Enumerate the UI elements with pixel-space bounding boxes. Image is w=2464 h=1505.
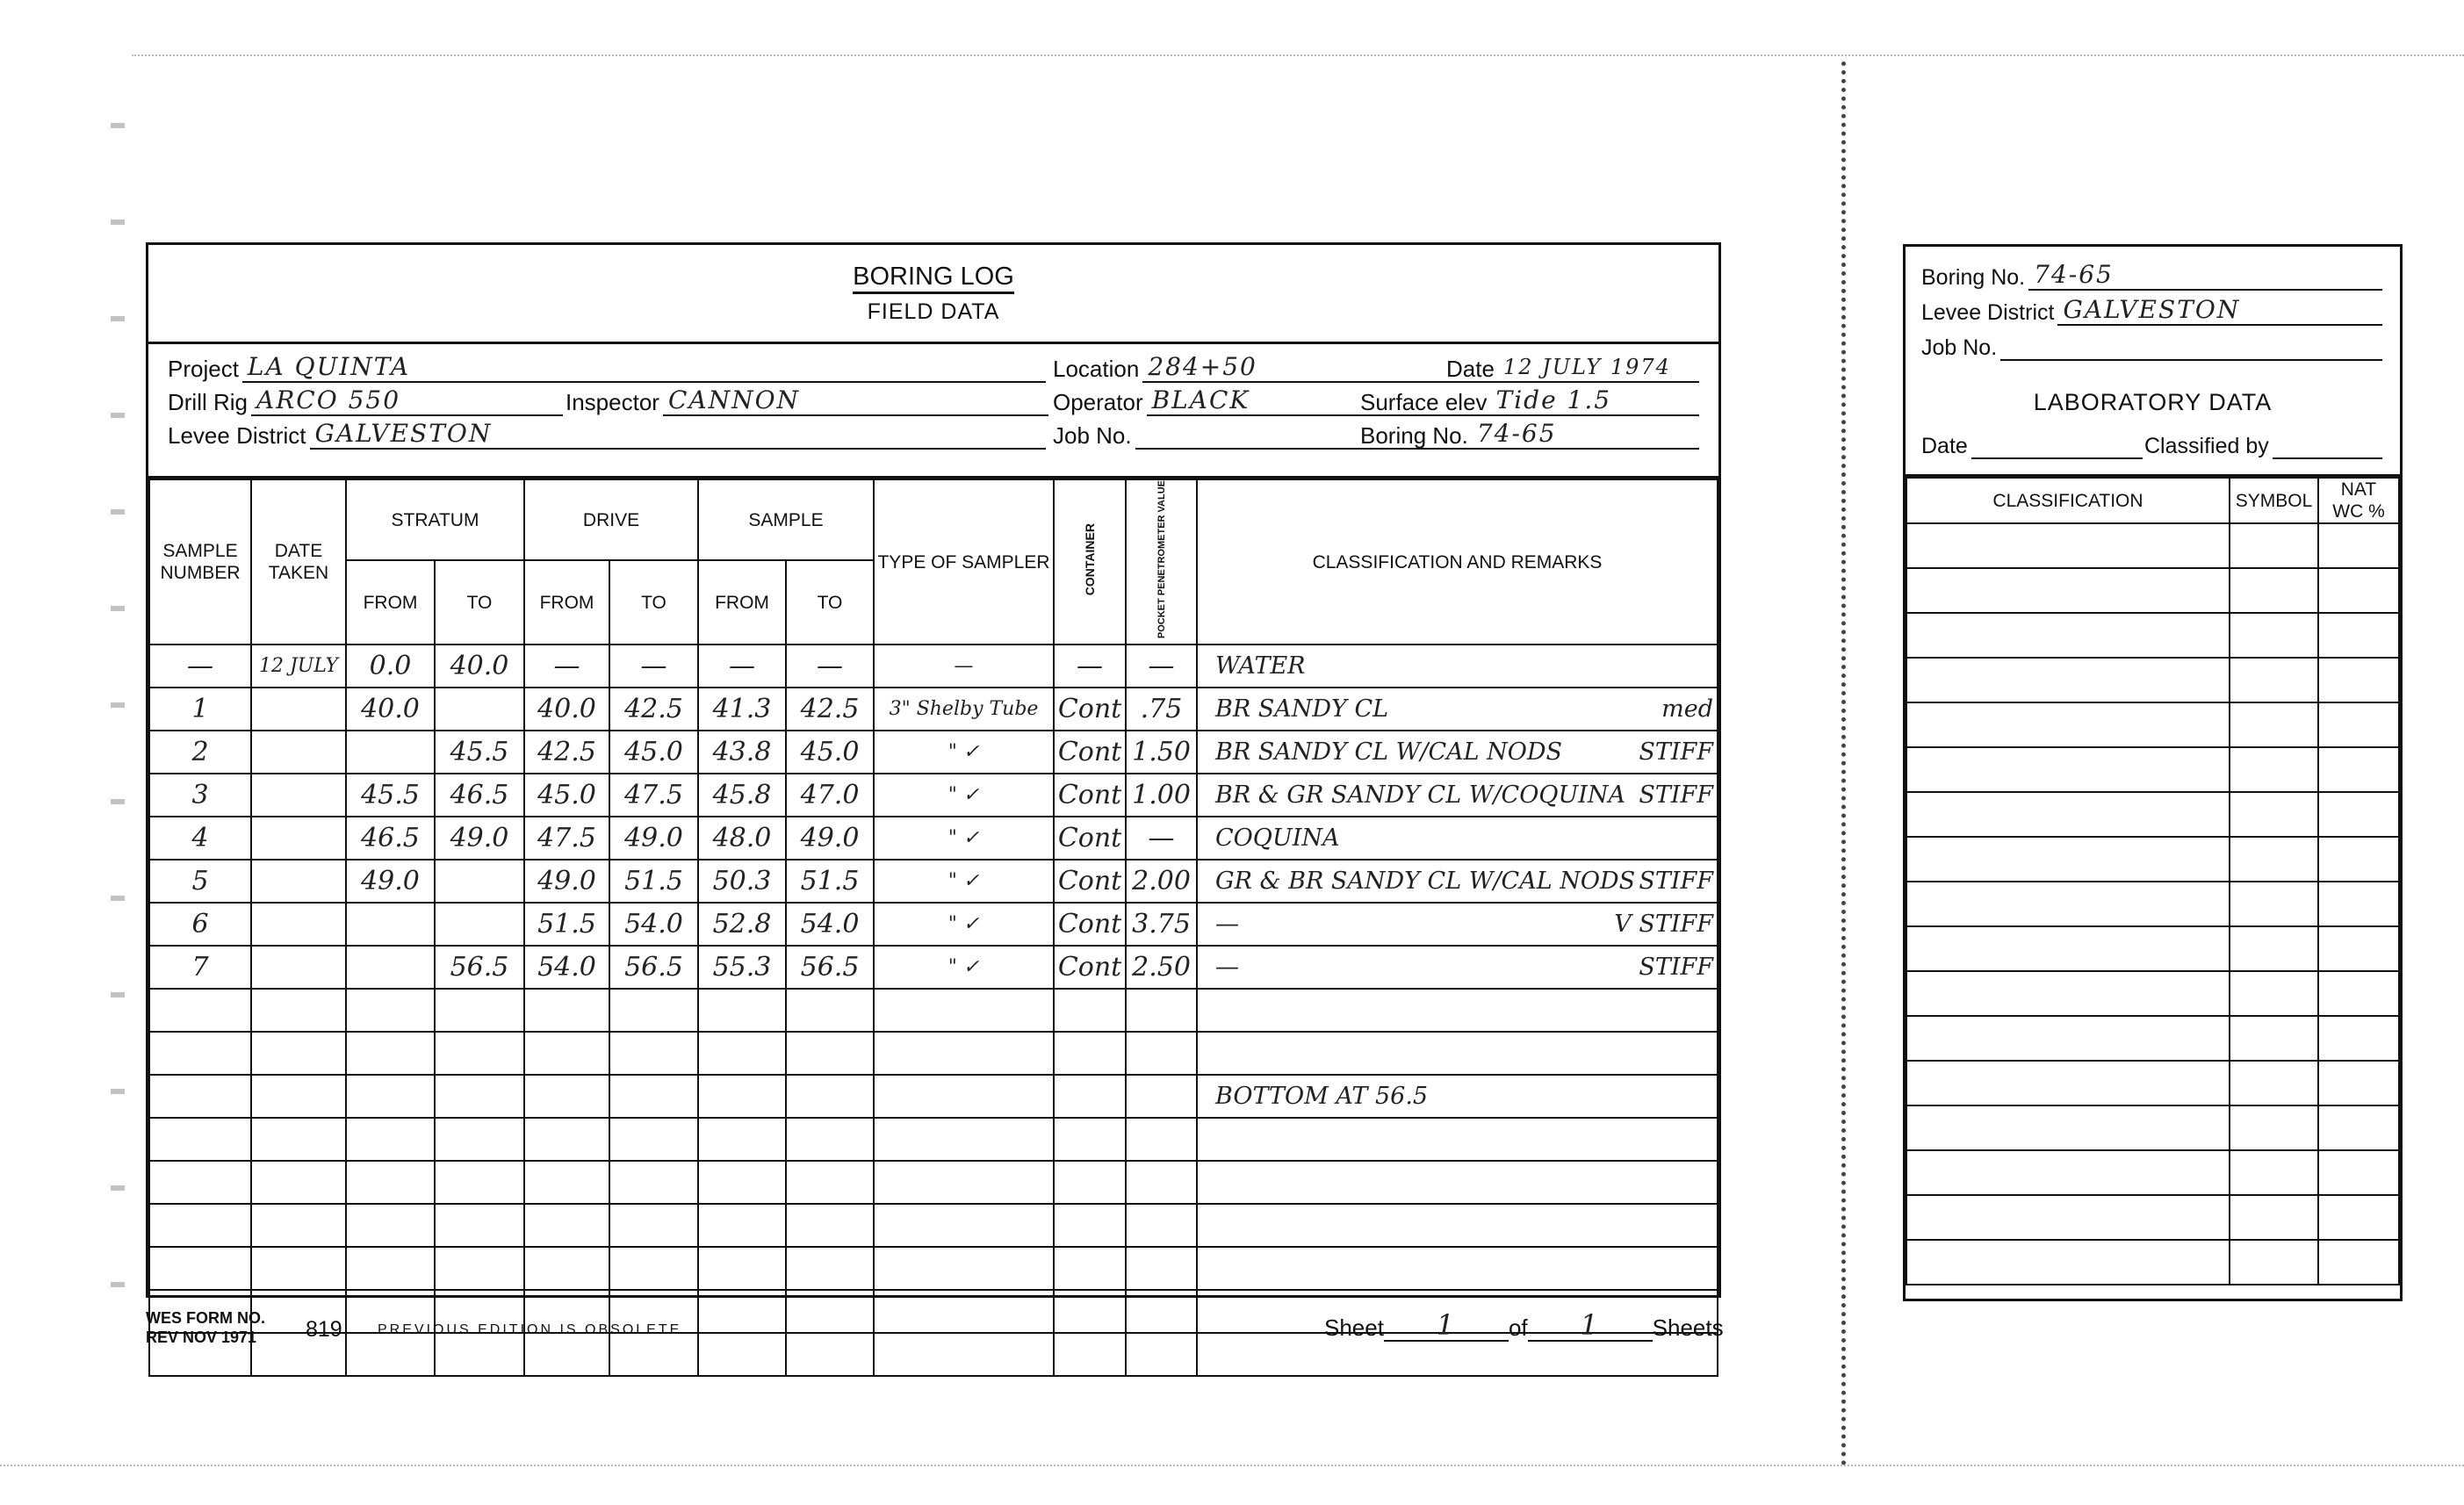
cell-sample-from[interactable] bbox=[698, 989, 786, 1032]
lab-cell-nat-wc[interactable] bbox=[2318, 1061, 2399, 1105]
lab-cell-symbol[interactable] bbox=[2230, 792, 2318, 837]
cell-sampler[interactable] bbox=[874, 1290, 1054, 1333]
lab-job-no-field[interactable]: Job No. bbox=[1921, 331, 2382, 361]
lab-levee-district-value[interactable]: GALVESTON bbox=[2057, 296, 2382, 326]
cell-drive-from[interactable] bbox=[524, 1161, 609, 1204]
lab-cell-nat-wc[interactable] bbox=[2318, 926, 2399, 971]
table-row: 446.549.047.549.048.049.0" ✓Cont—COQUINA bbox=[149, 817, 1718, 860]
cell-sample-to[interactable]: — bbox=[786, 644, 874, 688]
lab-cell-nat-wc[interactable] bbox=[2318, 568, 2399, 613]
lab-cell-classification[interactable] bbox=[1906, 837, 2230, 882]
cell-stratum-to[interactable] bbox=[435, 1032, 524, 1075]
cell-penetrometer[interactable]: 3.75 bbox=[1126, 903, 1197, 946]
lab-cell-classification[interactable] bbox=[1906, 1240, 2230, 1285]
cell-classification[interactable]: STIFF— bbox=[1197, 946, 1718, 989]
cell-drive-from[interactable] bbox=[524, 1204, 609, 1247]
cell-sampler[interactable]: " ✓ bbox=[874, 817, 1054, 860]
lab-cell-nat-wc[interactable] bbox=[2318, 1195, 2399, 1240]
surface-elev-value[interactable]: Tide 1.5 bbox=[1491, 386, 1699, 416]
lab-cell-nat-wc[interactable] bbox=[2318, 971, 2399, 1016]
cell-penetrometer[interactable] bbox=[1126, 1118, 1197, 1161]
cell-drive-from[interactable] bbox=[524, 1032, 609, 1075]
cell-drive-to[interactable]: 54.0 bbox=[609, 903, 698, 946]
cell-stratum-to[interactable]: 45.5 bbox=[435, 731, 524, 774]
cell-classification[interactable] bbox=[1197, 1161, 1718, 1204]
classified-by-field[interactable]: Classified by bbox=[2144, 429, 2382, 459]
lab-cell-symbol[interactable] bbox=[2230, 971, 2318, 1016]
cell-container[interactable]: Cont bbox=[1054, 817, 1126, 860]
classification-text: BR SANDY CL bbox=[1215, 695, 1388, 723]
cell-sample-from[interactable] bbox=[698, 1032, 786, 1075]
lab-cell-symbol[interactable] bbox=[2230, 523, 2318, 568]
cell-sampler[interactable]: " ✓ bbox=[874, 903, 1054, 946]
cell-penetrometer[interactable] bbox=[1126, 1290, 1197, 1333]
cell-sample-from[interactable]: 45.8 bbox=[698, 774, 786, 817]
cell-container[interactable]: Cont bbox=[1054, 946, 1126, 989]
cell-penetrometer[interactable] bbox=[1126, 1161, 1197, 1204]
cell-drive-to[interactable] bbox=[609, 1161, 698, 1204]
cell-classification[interactable] bbox=[1197, 1204, 1718, 1247]
cell-stratum-from[interactable] bbox=[346, 1161, 435, 1204]
lab-cell-classification[interactable] bbox=[1906, 1105, 2230, 1150]
cell-stratum-to[interactable] bbox=[435, 688, 524, 731]
cell-sample-to[interactable] bbox=[786, 1161, 874, 1204]
cell-penetrometer[interactable] bbox=[1126, 1333, 1197, 1376]
cell-sampler[interactable]: " ✓ bbox=[874, 774, 1054, 817]
cell-classification[interactable] bbox=[1197, 1118, 1718, 1161]
cell-stratum-to[interactable]: 40.0 bbox=[435, 644, 524, 688]
table-row: 140.040.042.541.342.53" Shelby TubeCont.… bbox=[149, 688, 1718, 731]
cell-drive-from[interactable] bbox=[524, 989, 609, 1032]
cell-classification[interactable] bbox=[1197, 1247, 1718, 1290]
cell-sample-from[interactable] bbox=[698, 1247, 786, 1290]
date-value[interactable]: 12 JULY 1974 bbox=[1498, 353, 1699, 383]
cell-penetrometer[interactable]: — bbox=[1126, 644, 1197, 688]
classified-by-value[interactable] bbox=[2273, 429, 2382, 459]
cell-drive-to[interactable]: 45.0 bbox=[609, 731, 698, 774]
cell-stratum-from[interactable] bbox=[346, 1204, 435, 1247]
cell-stratum-to[interactable] bbox=[435, 903, 524, 946]
lab-cell-symbol[interactable] bbox=[2230, 1105, 2318, 1150]
cell-sampler[interactable] bbox=[874, 1333, 1054, 1376]
cell-drive-from[interactable]: 40.0 bbox=[524, 688, 609, 731]
cell-drive-to[interactable]: 47.5 bbox=[609, 774, 698, 817]
lab-date-field[interactable]: Date bbox=[1921, 429, 2143, 459]
cell-stratum-to[interactable] bbox=[435, 1247, 524, 1290]
cell-sample[interactable]: 5 bbox=[149, 860, 251, 903]
cell-classification[interactable]: BOTTOM AT 56.5 bbox=[1197, 1075, 1718, 1118]
cell-classification[interactable]: STIFFBR & GR SANDY CL W/COQUINA bbox=[1197, 774, 1718, 817]
cell-sample-to[interactable] bbox=[786, 1118, 874, 1161]
cell-sample-from[interactable]: — bbox=[698, 644, 786, 688]
cell-stratum-from[interactable]: 0.0 bbox=[346, 644, 435, 688]
cell-stratum-to[interactable]: 56.5 bbox=[435, 946, 524, 989]
date-field[interactable]: Date 12 JULY 1974 bbox=[1446, 353, 1699, 383]
laboratory-data-panel: Boring No. 74-65 Levee District GALVESTO… bbox=[1903, 244, 2403, 1301]
lab-header: Boring No. 74-65 Levee District GALVESTO… bbox=[1906, 247, 2400, 477]
lab-cell-classification[interactable] bbox=[1906, 702, 2230, 747]
lab-job-no-value[interactable] bbox=[2000, 331, 2382, 361]
project-field[interactable]: Project LA QUINTA bbox=[168, 353, 1046, 383]
cell-sampler[interactable]: 3" Shelby Tube bbox=[874, 688, 1054, 731]
cell-sample-to[interactable] bbox=[786, 989, 874, 1032]
cell-classification[interactable]: medBR SANDY CL bbox=[1197, 688, 1718, 731]
inspector-value[interactable]: CANNON bbox=[663, 386, 1048, 416]
drill-rig-field[interactable]: Drill Rig ARCO 550 bbox=[168, 386, 563, 416]
cell-drive-from[interactable] bbox=[524, 1247, 609, 1290]
cell-sample-to[interactable]: 42.5 bbox=[786, 688, 874, 731]
lab-cell-symbol[interactable] bbox=[2230, 702, 2318, 747]
cell-classification[interactable]: COQUINA bbox=[1197, 817, 1718, 860]
lab-cell-nat-wc[interactable] bbox=[2318, 658, 2399, 702]
lab-cell-symbol[interactable] bbox=[2230, 613, 2318, 658]
cell-stratum-to[interactable] bbox=[435, 860, 524, 903]
cell-container[interactable] bbox=[1054, 1161, 1126, 1204]
cell-stratum-from[interactable] bbox=[346, 1333, 435, 1376]
cell-container[interactable]: Cont bbox=[1054, 688, 1126, 731]
cell-classification[interactable] bbox=[1197, 1032, 1718, 1075]
lab-cell-symbol[interactable] bbox=[2230, 747, 2318, 792]
lab-cell-nat-wc[interactable] bbox=[2318, 882, 2399, 926]
cell-sampler[interactable] bbox=[874, 1161, 1054, 1204]
cell-drive-from[interactable]: — bbox=[524, 644, 609, 688]
cell-penetrometer[interactable] bbox=[1126, 1247, 1197, 1290]
cell-sampler[interactable]: " ✓ bbox=[874, 860, 1054, 903]
levee-district-value[interactable]: GALVESTON bbox=[310, 420, 1047, 450]
cell-sampler[interactable] bbox=[874, 1032, 1054, 1075]
boring-no-value[interactable]: 74-65 bbox=[1472, 420, 1699, 450]
lab-cell-nat-wc[interactable] bbox=[2318, 1240, 2399, 1285]
table-row: 549.049.051.550.351.5" ✓Cont2.00STIFFGR … bbox=[149, 860, 1718, 903]
cell-container[interactable] bbox=[1054, 1204, 1126, 1247]
inspector-field[interactable]: Inspector CANNON bbox=[566, 386, 1048, 416]
col-date-taken: DATE TAKEN bbox=[251, 479, 346, 644]
col-drive: DRIVE bbox=[524, 479, 698, 560]
cell-sample-from[interactable] bbox=[698, 1333, 786, 1376]
table-row: 245.542.545.043.845.0" ✓Cont1.50STIFFBR … bbox=[149, 731, 1718, 774]
lab-cell-classification[interactable] bbox=[1906, 658, 2230, 702]
lab-cell-classification[interactable] bbox=[1906, 882, 2230, 926]
cell-sample-to[interactable]: 49.0 bbox=[786, 817, 874, 860]
lab-cell-nat-wc[interactable] bbox=[2318, 1105, 2399, 1150]
classification-text: BOTTOM AT 56.5 bbox=[1215, 1083, 1428, 1110]
cell-sampler[interactable]: " ✓ bbox=[874, 731, 1054, 774]
cell-drive-to[interactable] bbox=[609, 1204, 698, 1247]
lab-cell-nat-wc[interactable] bbox=[2318, 837, 2399, 882]
lab-cell-classification[interactable] bbox=[1906, 568, 2230, 613]
cell-sample[interactable]: 4 bbox=[149, 817, 251, 860]
lab-cell-classification[interactable] bbox=[1906, 747, 2230, 792]
cell-penetrometer[interactable] bbox=[1126, 989, 1197, 1032]
sheet-number[interactable]: 1 bbox=[1384, 1312, 1509, 1342]
cell-drive-from[interactable]: 47.5 bbox=[524, 817, 609, 860]
cell-sample[interactable]: 1 bbox=[149, 688, 251, 731]
cell-classification[interactable]: V STIFF— bbox=[1197, 903, 1718, 946]
col-type-of-sampler: TYPE OF SAMPLER bbox=[874, 479, 1054, 644]
cell-container[interactable] bbox=[1054, 1032, 1126, 1075]
cell-stratum-from[interactable] bbox=[346, 946, 435, 989]
cell-penetrometer[interactable] bbox=[1126, 1075, 1197, 1118]
lab-cell-nat-wc[interactable] bbox=[2318, 613, 2399, 658]
cell-date[interactable] bbox=[251, 1161, 346, 1204]
cell-drive-to[interactable] bbox=[609, 1333, 698, 1376]
cell-date[interactable] bbox=[251, 1075, 346, 1118]
cell-container[interactable] bbox=[1054, 1247, 1126, 1290]
cell-sample-to[interactable] bbox=[786, 1032, 874, 1075]
cell-classification[interactable]: STIFFBR SANDY CL W/CAL NODS bbox=[1197, 731, 1718, 774]
lab-cell-symbol[interactable] bbox=[2230, 568, 2318, 613]
cell-sample[interactable] bbox=[149, 1161, 251, 1204]
cell-stratum-from[interactable]: 45.5 bbox=[346, 774, 435, 817]
cell-sample-from[interactable] bbox=[698, 1290, 786, 1333]
cell-sampler[interactable] bbox=[874, 1118, 1054, 1161]
cell-sample-to[interactable] bbox=[786, 1247, 874, 1290]
lab-cell-symbol[interactable] bbox=[2230, 882, 2318, 926]
cell-drive-to[interactable]: 49.0 bbox=[609, 817, 698, 860]
cell-stratum-from[interactable] bbox=[346, 903, 435, 946]
lab-boring-no-field[interactable]: Boring No. 74-65 bbox=[1921, 261, 2382, 291]
lab-cell-symbol[interactable] bbox=[2230, 1150, 2318, 1195]
cell-sampler[interactable] bbox=[874, 1204, 1054, 1247]
cell-penetrometer[interactable] bbox=[1126, 1204, 1197, 1247]
lab-col-symbol: SYMBOL bbox=[2230, 478, 2318, 523]
cell-stratum-from[interactable]: 49.0 bbox=[346, 860, 435, 903]
cell-sample[interactable]: 3 bbox=[149, 774, 251, 817]
cell-stratum-to[interactable] bbox=[435, 1161, 524, 1204]
cell-drive-from[interactable]: 54.0 bbox=[524, 946, 609, 989]
lab-cell-nat-wc[interactable] bbox=[2318, 523, 2399, 568]
cell-drive-to[interactable] bbox=[609, 989, 698, 1032]
cell-sample[interactable]: 2 bbox=[149, 731, 251, 774]
cell-container[interactable] bbox=[1054, 1075, 1126, 1118]
lab-cell-nat-wc[interactable] bbox=[2318, 1150, 2399, 1195]
cell-drive-to[interactable]: 51.5 bbox=[609, 860, 698, 903]
cell-sample-from[interactable]: 43.8 bbox=[698, 731, 786, 774]
lab-cell-classification[interactable] bbox=[1906, 926, 2230, 971]
project-value[interactable]: LA QUINTA bbox=[242, 353, 1046, 383]
cell-container[interactable] bbox=[1054, 1333, 1126, 1376]
cell-sample[interactable]: — bbox=[149, 644, 251, 688]
cell-sample-to[interactable]: 51.5 bbox=[786, 860, 874, 903]
lab-cell-classification[interactable] bbox=[1906, 971, 2230, 1016]
cell-sample-from[interactable]: 55.3 bbox=[698, 946, 786, 989]
cell-sample-to[interactable]: 45.0 bbox=[786, 731, 874, 774]
cell-sample-from[interactable]: 52.8 bbox=[698, 903, 786, 946]
lab-cell-symbol[interactable] bbox=[2230, 837, 2318, 882]
cell-sample-to[interactable]: 54.0 bbox=[786, 903, 874, 946]
cell-sample-from[interactable] bbox=[698, 1118, 786, 1161]
lab-row bbox=[1906, 1061, 2399, 1105]
cell-date[interactable] bbox=[251, 1118, 346, 1161]
cell-stratum-to[interactable] bbox=[435, 1333, 524, 1376]
cell-container[interactable]: Cont bbox=[1054, 774, 1126, 817]
cell-date[interactable] bbox=[251, 731, 346, 774]
cell-container[interactable]: Cont bbox=[1054, 903, 1126, 946]
cell-penetrometer[interactable]: 2.00 bbox=[1126, 860, 1197, 903]
cell-remark: STIFF bbox=[1639, 954, 1717, 981]
lab-cell-nat-wc[interactable] bbox=[2318, 747, 2399, 792]
cell-stratum-from[interactable] bbox=[346, 989, 435, 1032]
cell-penetrometer[interactable]: 1.50 bbox=[1126, 731, 1197, 774]
cell-classification[interactable]: STIFFGR & BR SANDY CL W/CAL NODS bbox=[1197, 860, 1718, 903]
lab-cell-classification[interactable] bbox=[1906, 792, 2230, 837]
cell-drive-from[interactable] bbox=[524, 1333, 609, 1376]
cell-classification[interactable] bbox=[1197, 989, 1718, 1032]
cell-date[interactable] bbox=[251, 817, 346, 860]
cell-drive-to[interactable]: 42.5 bbox=[609, 688, 698, 731]
lab-row bbox=[1906, 792, 2399, 837]
lab-cell-classification[interactable] bbox=[1906, 1016, 2230, 1061]
cell-penetrometer[interactable]: 2.50 bbox=[1126, 946, 1197, 989]
cell-stratum-from[interactable] bbox=[346, 1118, 435, 1161]
cell-stratum-to[interactable]: 46.5 bbox=[435, 774, 524, 817]
cell-sample-from[interactable]: 50.3 bbox=[698, 860, 786, 903]
cell-drive-to[interactable] bbox=[609, 1247, 698, 1290]
lab-date-value[interactable] bbox=[1971, 429, 2143, 459]
cell-stratum-to[interactable] bbox=[435, 1204, 524, 1247]
cell-date[interactable] bbox=[251, 688, 346, 731]
boring-no-field[interactable]: Boring No. 74-65 bbox=[1360, 420, 1699, 450]
table-row bbox=[149, 1204, 1718, 1247]
cell-remark: STIFF bbox=[1639, 781, 1717, 809]
cell-sample-to[interactable] bbox=[786, 1290, 874, 1333]
classification-text: GR & BR SANDY CL W/CAL NODS bbox=[1215, 868, 1635, 895]
cell-sample[interactable] bbox=[149, 989, 251, 1032]
cell-date[interactable] bbox=[251, 1247, 346, 1290]
cell-stratum-from[interactable] bbox=[346, 1032, 435, 1075]
cell-drive-from[interactable]: 42.5 bbox=[524, 731, 609, 774]
cell-sample-to[interactable] bbox=[786, 1333, 874, 1376]
surface-elev-field[interactable]: Surface elev Tide 1.5 bbox=[1360, 386, 1699, 416]
cell-date[interactable] bbox=[251, 774, 346, 817]
cell-date[interactable] bbox=[251, 1204, 346, 1247]
cell-sampler[interactable]: — bbox=[874, 644, 1054, 688]
cell-container[interactable] bbox=[1054, 1290, 1126, 1333]
cell-sample[interactable]: 7 bbox=[149, 946, 251, 989]
lab-boring-no-value[interactable]: 74-65 bbox=[2028, 261, 2382, 291]
cell-container[interactable] bbox=[1054, 1118, 1126, 1161]
cell-drive-from[interactable]: 49.0 bbox=[524, 860, 609, 903]
cell-stratum-from[interactable] bbox=[346, 1247, 435, 1290]
info-block: Project LA QUINTA Drill Rig ARCO 550 Ins… bbox=[148, 344, 1718, 479]
cell-drive-to[interactable]: 56.5 bbox=[609, 946, 698, 989]
cell-sample[interactable] bbox=[149, 1118, 251, 1161]
cell-date[interactable] bbox=[251, 946, 346, 989]
cell-sample-from[interactable]: 41.3 bbox=[698, 688, 786, 731]
lab-cell-symbol[interactable] bbox=[2230, 1240, 2318, 1285]
lab-cell-classification[interactable] bbox=[1906, 613, 2230, 658]
cell-date[interactable] bbox=[251, 1032, 346, 1075]
lab-cell-classification[interactable] bbox=[1906, 1150, 2230, 1195]
cell-drive-to[interactable] bbox=[609, 1118, 698, 1161]
cell-sample-to[interactable] bbox=[786, 1204, 874, 1247]
cell-container[interactable] bbox=[1054, 989, 1126, 1032]
cell-stratum-to[interactable] bbox=[435, 1075, 524, 1118]
lab-cell-nat-wc[interactable] bbox=[2318, 702, 2399, 747]
cell-drive-to[interactable] bbox=[609, 1032, 698, 1075]
levee-district-field[interactable]: Levee District GALVESTON bbox=[168, 420, 1046, 450]
cell-sample[interactable] bbox=[149, 1075, 251, 1118]
lab-cell-symbol[interactable] bbox=[2230, 658, 2318, 702]
cell-drive-to[interactable] bbox=[609, 1075, 698, 1118]
cell-sampler[interactable] bbox=[874, 989, 1054, 1032]
cell-penetrometer[interactable] bbox=[1126, 1032, 1197, 1075]
cell-drive-from[interactable]: 45.0 bbox=[524, 774, 609, 817]
cell-drive-from[interactable]: 51.5 bbox=[524, 903, 609, 946]
cell-sample[interactable] bbox=[149, 1204, 251, 1247]
cell-penetrometer[interactable]: — bbox=[1126, 817, 1197, 860]
cell-stratum-to[interactable]: 49.0 bbox=[435, 817, 524, 860]
cell-date[interactable]: 12 JULY bbox=[251, 644, 346, 688]
classification-text: BR & GR SANDY CL W/COQUINA bbox=[1215, 781, 1625, 809]
lab-cell-classification[interactable] bbox=[1906, 523, 2230, 568]
cell-sample-to[interactable]: 47.0 bbox=[786, 774, 874, 817]
cell-drive-to[interactable]: — bbox=[609, 644, 698, 688]
cell-stratum-from[interactable]: 46.5 bbox=[346, 817, 435, 860]
cell-sample-from[interactable] bbox=[698, 1161, 786, 1204]
cell-drive-from[interactable] bbox=[524, 1075, 609, 1118]
cell-container[interactable]: — bbox=[1054, 644, 1126, 688]
sheet-count: Sheet 1 of 1 Sheets bbox=[1324, 1312, 1724, 1342]
cell-stratum-from[interactable] bbox=[346, 731, 435, 774]
cell-classification[interactable]: WATER bbox=[1197, 644, 1718, 688]
lab-cell-symbol[interactable] bbox=[2230, 1195, 2318, 1240]
drill-rig-value[interactable]: ARCO 550 bbox=[251, 386, 563, 416]
cell-stratum-from[interactable] bbox=[346, 1075, 435, 1118]
lab-cell-nat-wc[interactable] bbox=[2318, 1016, 2399, 1061]
cell-drive-from[interactable] bbox=[524, 1118, 609, 1161]
lab-cell-classification[interactable] bbox=[1906, 1061, 2230, 1105]
cell-container[interactable]: Cont bbox=[1054, 731, 1126, 774]
sheet-total[interactable]: 1 bbox=[1528, 1312, 1653, 1342]
form-number-block: WES FORM NO. REV NOV 1971 bbox=[146, 1308, 265, 1347]
boring-log-form: BORING LOG FIELD DATA Project LA QUINTA … bbox=[146, 242, 1721, 1298]
lab-cell-nat-wc[interactable] bbox=[2318, 792, 2399, 837]
location-field[interactable]: Location 284+50 bbox=[1053, 353, 1501, 383]
cell-date[interactable] bbox=[251, 903, 346, 946]
cell-stratum-to[interactable] bbox=[435, 989, 524, 1032]
cell-stratum-to[interactable] bbox=[435, 1118, 524, 1161]
col-classification: CLASSIFICATION AND REMARKS bbox=[1197, 479, 1718, 644]
cell-sample[interactable] bbox=[149, 1247, 251, 1290]
cell-sample-from[interactable]: 48.0 bbox=[698, 817, 786, 860]
cell-sample-from[interactable] bbox=[698, 1075, 786, 1118]
form-title: BORING LOG bbox=[148, 263, 1718, 292]
lab-cell-symbol[interactable] bbox=[2230, 1016, 2318, 1061]
cell-sample-to[interactable]: 56.5 bbox=[786, 946, 874, 989]
cell-sample-to[interactable] bbox=[786, 1075, 874, 1118]
cell-sample[interactable]: 6 bbox=[149, 903, 251, 946]
cell-penetrometer[interactable]: .75 bbox=[1126, 688, 1197, 731]
cell-sampler[interactable] bbox=[874, 1247, 1054, 1290]
lab-cell-symbol[interactable] bbox=[2230, 926, 2318, 971]
lab-cell-symbol[interactable] bbox=[2230, 1061, 2318, 1105]
cell-sample[interactable] bbox=[149, 1032, 251, 1075]
lab-row bbox=[1906, 1016, 2399, 1061]
cell-penetrometer[interactable]: 1.00 bbox=[1126, 774, 1197, 817]
cell-stratum-from[interactable]: 40.0 bbox=[346, 688, 435, 731]
cell-sampler[interactable]: " ✓ bbox=[874, 946, 1054, 989]
cell-date[interactable] bbox=[251, 989, 346, 1032]
lab-levee-district-field[interactable]: Levee District GALVESTON bbox=[1921, 296, 2382, 326]
cell-sample-from[interactable] bbox=[698, 1204, 786, 1247]
cell-container[interactable]: Cont bbox=[1054, 860, 1126, 903]
cell-sampler[interactable] bbox=[874, 1075, 1054, 1118]
lab-cell-classification[interactable] bbox=[1906, 1195, 2230, 1240]
col-stratum: STRATUM bbox=[346, 479, 524, 560]
cell-date[interactable] bbox=[251, 860, 346, 903]
lab-row bbox=[1906, 702, 2399, 747]
